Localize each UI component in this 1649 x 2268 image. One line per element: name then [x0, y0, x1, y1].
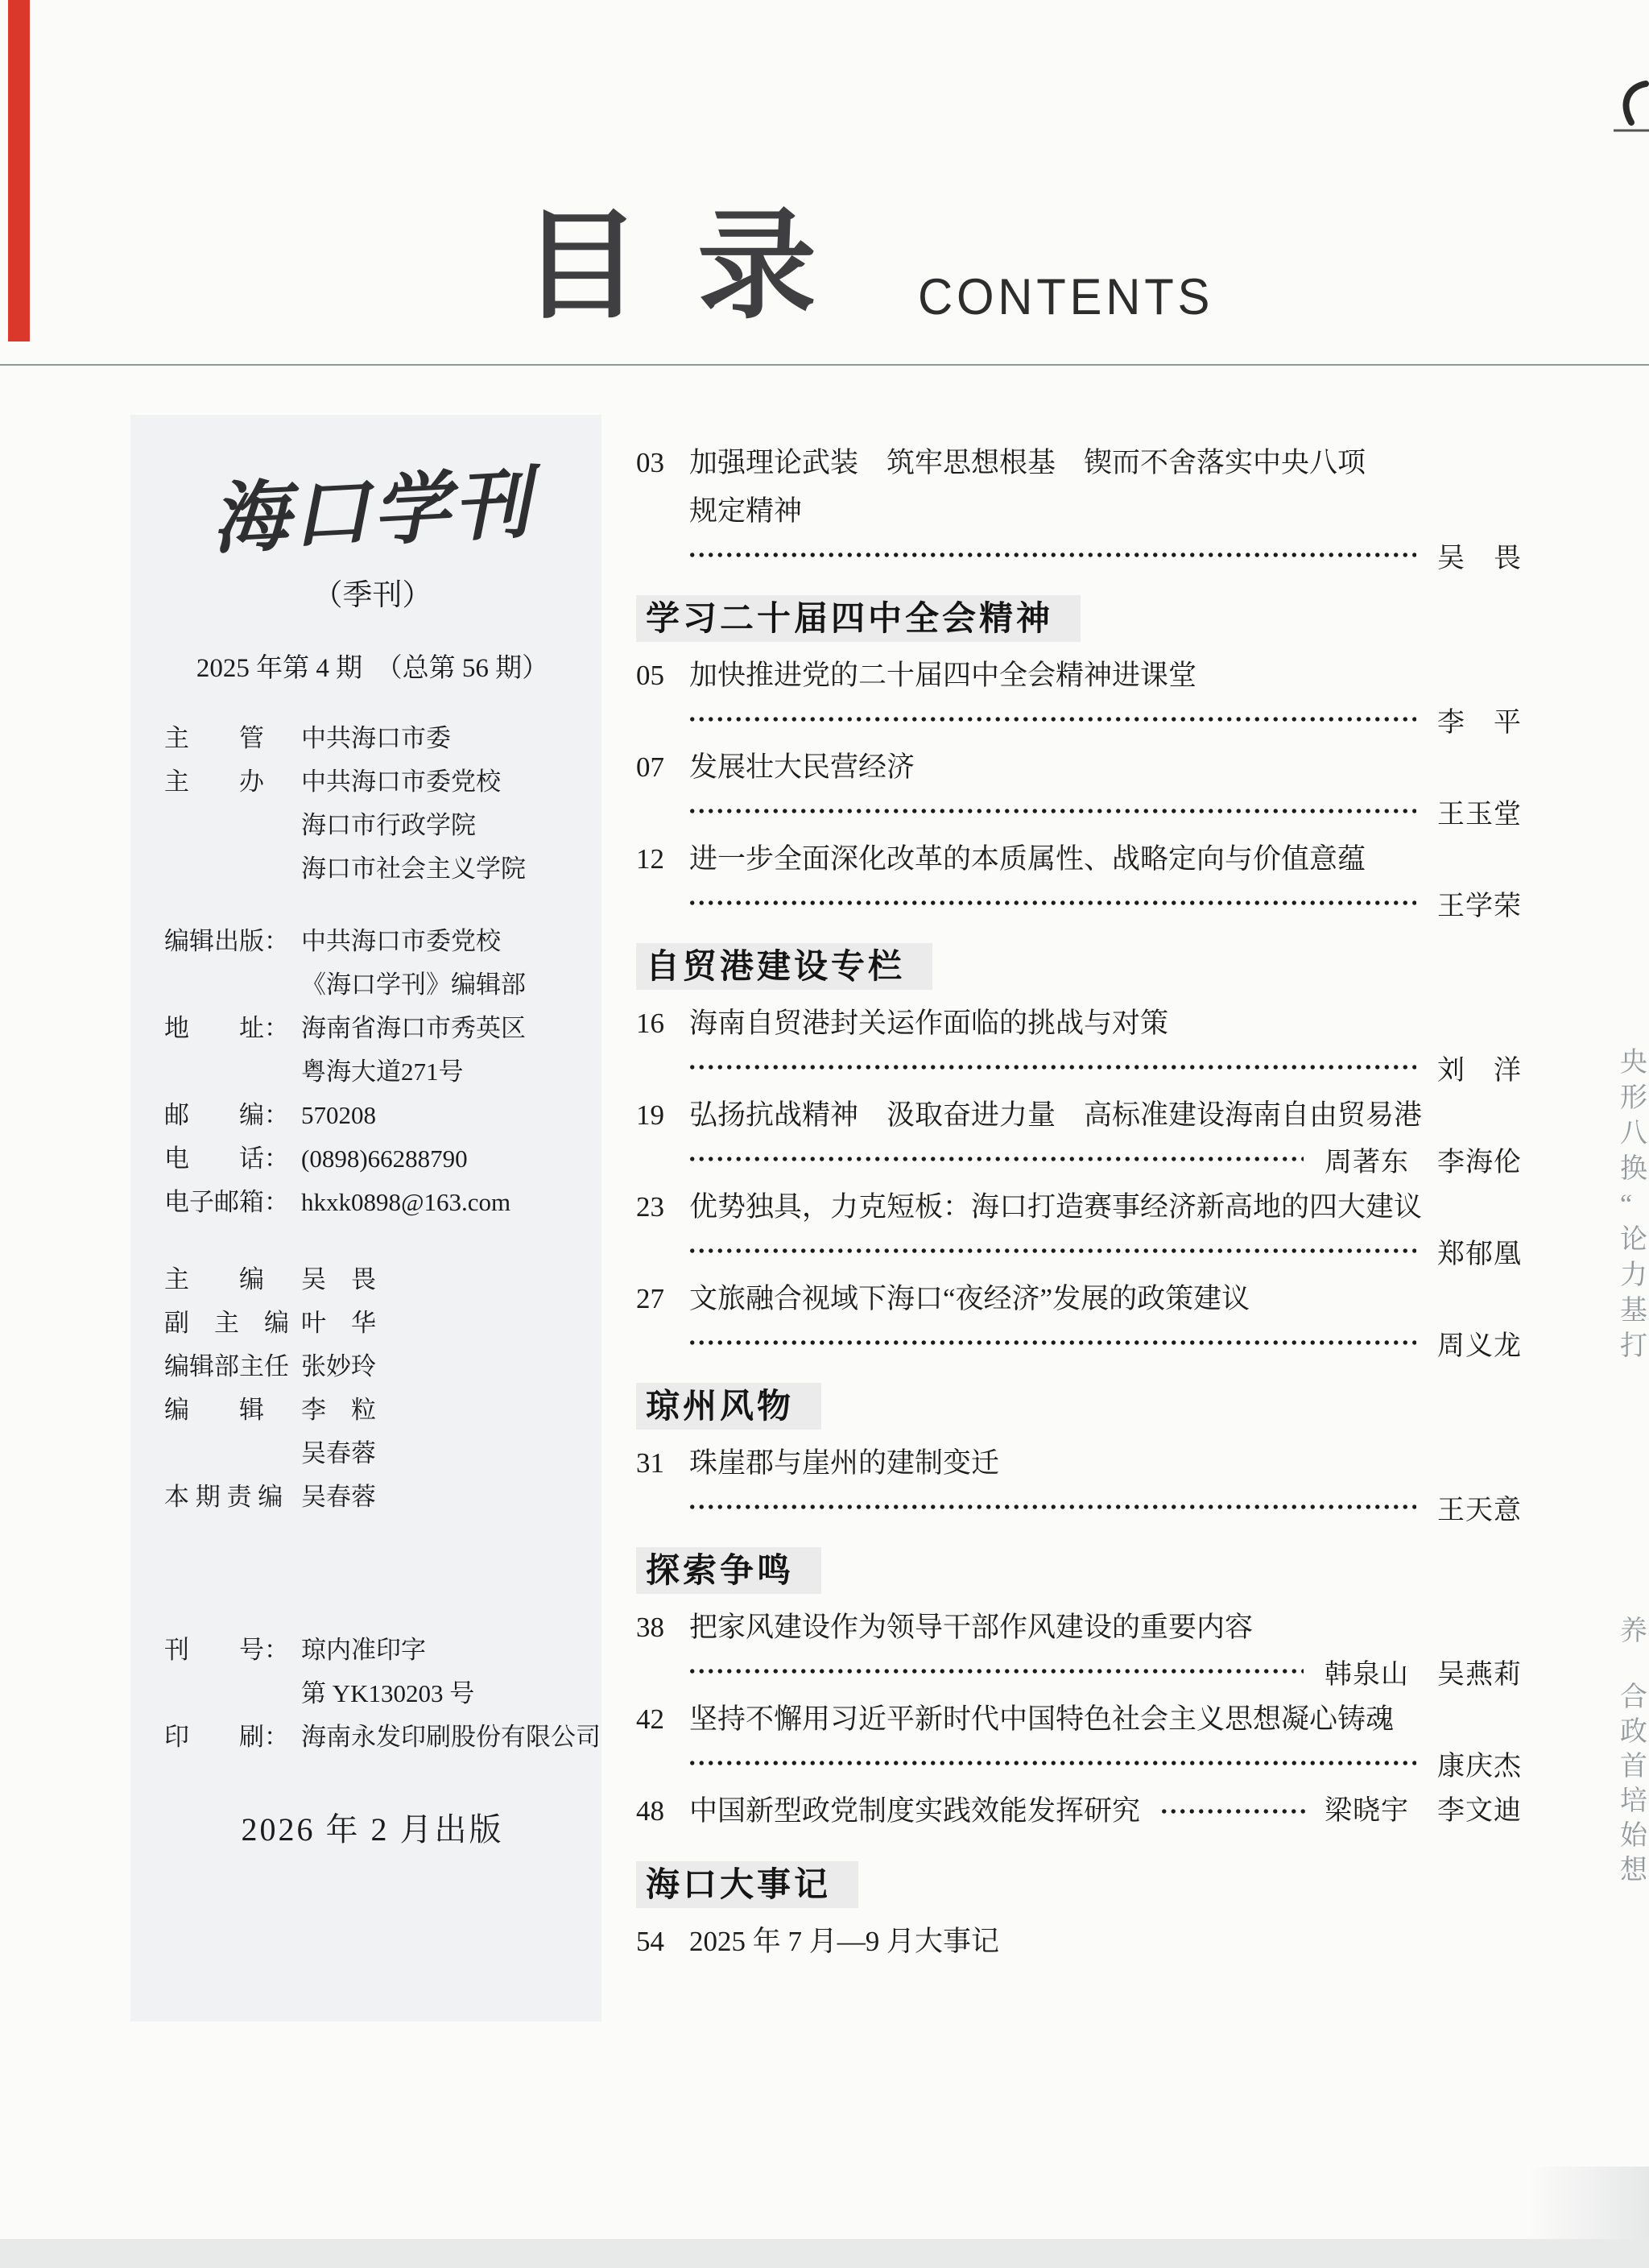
edge-bleed-char: 养	[1620, 1614, 1649, 1649]
dotted-leader	[688, 1154, 1304, 1164]
edge-bleed-char: 培	[1620, 1784, 1649, 1819]
toc-leader-row: 康庆杰	[688, 1749, 1522, 1778]
toc-entry: 16海南自贸港封关运作面临的挑战与对策刘 洋	[636, 999, 1522, 1082]
toc-column: 03加强理论武装 筑牢思想根基 锲而不舍落实中央八项规定精神吴 畏学习二十届四中…	[636, 439, 1522, 1966]
toc-entry-title: 海南自贸港封关运作面临的挑战与对策	[689, 1008, 1168, 1039]
toc-leader-row: 王学荣	[688, 888, 1522, 917]
edge-bleed-char: 合	[1620, 1680, 1649, 1715]
toc-entry-authors: 韩泉山 吴燕莉	[1325, 1652, 1522, 1691]
edge-bleed-char: 始	[1620, 1819, 1649, 1853]
info-label	[164, 1050, 301, 1094]
dotted-leader	[688, 550, 1416, 560]
section-header: 琼州风物	[636, 1383, 821, 1430]
toc-page-number: 31	[636, 1439, 689, 1488]
info-label: 印 刷：	[164, 1715, 301, 1759]
toc-entry-authors: 梁晓宇 李文迪	[1325, 1787, 1522, 1836]
section-header: 海口大事记	[636, 1861, 858, 1908]
toc-entry-line: 48中国新型政党制度实践效能发挥研究梁晓宇 李文迪	[636, 1787, 1522, 1836]
toc-entry-title: 发展壮大民营经济	[689, 751, 915, 783]
journal-publication-date: 2026 年 2 月出版	[164, 1806, 581, 1854]
section-header: 自贸港建设专栏	[636, 943, 932, 990]
toc-entry-line: 31珠崖郡与崖州的建制变迁	[636, 1439, 1522, 1488]
info-value: 中共海口市委党校	[301, 760, 581, 804]
info-label	[164, 1672, 301, 1715]
info-value: 粤海大道271号	[301, 1050, 581, 1094]
toc-leader-row: 刘 洋	[688, 1053, 1522, 1082]
toc-entry-title: 2025 年 7 月—9 月大事记	[689, 1926, 999, 1957]
toc-page-number: 23	[636, 1183, 689, 1231]
journal-info-row: 吴春蓉	[164, 1432, 581, 1475]
toc-leader-row: 王天意	[688, 1492, 1522, 1521]
dotted-leader	[688, 1666, 1304, 1676]
info-label: 编 辑	[164, 1389, 301, 1432]
section-header: 探索争鸣	[636, 1547, 821, 1594]
journal-info-group: 编辑出版：中共海口市委党校《海口学刊》编辑部地 址：海南省海口市秀英区粤海大道2…	[164, 920, 581, 1224]
info-label: 编辑部主任	[164, 1345, 301, 1389]
toc-leader-row: 吴 畏	[688, 540, 1522, 569]
right-page-edge-bleed-text-mid: 养	[1620, 1614, 1649, 1649]
info-value: 吴 畏	[301, 1258, 581, 1302]
journal-issue-line: 2025 年第 4 期 （总第 56 期）	[164, 649, 581, 688]
toc-entry-title: 珠崖郡与崖州的建制变迁	[689, 1447, 999, 1479]
toc-entry-title: 坚持不懈用习近平新时代中国特色社会主义思想凝心铸魂	[689, 1703, 1394, 1735]
journal-info-row: 本 期 责 编吴春蓉	[164, 1475, 581, 1519]
toc-entry-title: 进一步全面深化改革的本质属性、战略定向与价值意蕴	[689, 843, 1366, 875]
journal-info-row: 邮 编：570208	[164, 1094, 581, 1137]
toc-entry: 05加快推进党的二十届四中全会精神进课堂李 平	[636, 652, 1522, 734]
dotted-leader	[688, 1062, 1416, 1072]
journal-info-row: 主 管中共海口市委	[164, 717, 581, 760]
section-header: 学习二十届四中全会精神	[636, 595, 1081, 642]
masthead: 目 录 CONTENTS	[522, 206, 1230, 327]
edge-bleed-char: 力	[1620, 1258, 1649, 1293]
dotted-leader	[688, 1502, 1416, 1512]
toc-leader-row: 李 平	[688, 705, 1522, 734]
section-header-row: 学习二十届四中全会精神	[636, 595, 1522, 642]
journal-info-row: 主 办中共海口市委党校	[164, 760, 581, 804]
journal-info-row: 地 址：海南省海口市秀英区	[164, 1007, 581, 1050]
dotted-leader	[688, 1758, 1416, 1768]
info-value: 叶 华	[301, 1302, 581, 1345]
toc-entry-line: 16海南自贸港封关运作面临的挑战与对策	[636, 999, 1522, 1048]
journal-info-groups: 主 管中共海口市委主 办中共海口市委党校海口市行政学院海口市社会主义学院编辑出版…	[164, 717, 581, 1759]
edge-bleed-char: 打	[1620, 1329, 1649, 1364]
toc-entry-title: 规定精神	[689, 495, 802, 527]
right-page-edge-bleed-text-lower: 合政首培始想	[1620, 1680, 1649, 1888]
journal-info-group: 刊 号：琼内准印字第 YK130203 号印 刷：海南永发印刷股份有限公司	[164, 1629, 581, 1759]
edge-bleed-char: 换	[1620, 1152, 1649, 1187]
info-value: (0898)66288790	[301, 1137, 581, 1181]
toc-entry: 03加强理论武装 筑牢思想根基 锲而不舍落实中央八项规定精神吴 畏	[636, 439, 1522, 569]
journal-info-row: 编 辑李 粒	[164, 1389, 581, 1432]
info-value: 吴春蓉	[301, 1475, 581, 1519]
cover-edge-red-strip	[8, 0, 30, 341]
toc-entry-authors: 刘 洋	[1437, 1048, 1522, 1087]
toc-entry: 31珠崖郡与崖州的建制变迁王天意	[636, 1439, 1522, 1521]
toc-entry-authors: 康庆杰	[1437, 1744, 1522, 1783]
toc-entry: 42坚持不懈用习近平新时代中国特色社会主义思想凝心铸魂康庆杰	[636, 1695, 1522, 1778]
toc-title-char-1: 目	[522, 206, 641, 327]
toc-page-number: 16	[636, 999, 689, 1048]
dotted-leader	[688, 806, 1416, 816]
info-value: hkxk0898@163.com	[301, 1181, 581, 1224]
info-value: 第 YK130203 号	[301, 1672, 581, 1715]
toc-entry-title: 弘扬抗战精神 汲取奋进力量 高标准建设海南自由贸易港	[689, 1099, 1422, 1131]
journal-info-row: 副 主 编叶 华	[164, 1302, 581, 1345]
toc-entry-authors: 周著东 李海伦	[1325, 1140, 1522, 1179]
toc-page-number: 19	[636, 1091, 689, 1140]
toc-page-number: 05	[636, 652, 689, 700]
edge-bleed-char: 首	[1620, 1749, 1649, 1784]
toc-page-number: 07	[636, 743, 689, 792]
toc-page-number: 03	[636, 439, 689, 487]
info-label: 刊 号：	[164, 1629, 301, 1672]
toc-entry: 542025 年 7 月—9 月大事记	[636, 1918, 1522, 1966]
toc-entry-title: 加强理论武装 筑牢思想根基 锲而不舍落实中央八项	[689, 447, 1366, 478]
info-value: 570208	[301, 1094, 581, 1137]
info-label: 副 主 编	[164, 1302, 301, 1345]
masthead-divider-rule	[0, 364, 1649, 366]
info-label	[164, 804, 301, 847]
journal-info-row: 《海口学刊》编辑部	[164, 963, 581, 1007]
section-header-row: 自贸港建设专栏	[636, 943, 1522, 990]
info-value: 中共海口市委党校	[301, 920, 581, 963]
info-label: 电 话：	[164, 1137, 301, 1181]
journal-frequency: （季刊）	[164, 577, 581, 615]
journal-info-row: 印 刷：海南永发印刷股份有限公司	[164, 1715, 581, 1759]
toc-entry: 38把家风建设作为领导干部作风建设的重要内容韩泉山 吴燕莉	[636, 1604, 1522, 1686]
toc-entry-title: 把家风建设作为领导干部作风建设的重要内容	[689, 1612, 1253, 1643]
journal-info-group: 主 管中共海口市委主 办中共海口市委党校海口市行政学院海口市社会主义学院	[164, 717, 581, 891]
toc-entry-authors: 吴 畏	[1437, 536, 1522, 575]
toc-entry-title: 中国新型政党制度实践效能发挥研究	[689, 1787, 1140, 1836]
toc-page-number: 27	[636, 1275, 689, 1323]
dotted-leader	[1159, 1807, 1305, 1816]
toc-leader-row: 王玉堂	[688, 797, 1522, 826]
dotted-leader	[688, 1246, 1416, 1256]
toc-page-number: 48	[636, 1787, 689, 1836]
toc-entry-authors: 周义龙	[1437, 1323, 1522, 1363]
toc-entry-line: 07发展壮大民营经济	[636, 743, 1522, 792]
section-header-row: 探索争鸣	[636, 1547, 1522, 1594]
info-value: 中共海口市委	[301, 717, 581, 760]
edge-bleed-char: 政	[1620, 1715, 1649, 1749]
toc-entry-line: 12进一步全面深化改革的本质属性、战略定向与价值意蕴	[636, 835, 1522, 884]
toc-entry: 07发展壮大民营经济王玉堂	[636, 743, 1522, 826]
toc-entry-line: 42坚持不懈用习近平新时代中国特色社会主义思想凝心铸魂	[636, 1695, 1522, 1744]
toc-entry-line: 19弘扬抗战精神 汲取奋进力量 高标准建设海南自由贸易港	[636, 1091, 1522, 1140]
section-header-row: 海口大事记	[636, 1861, 1522, 1908]
toc-entry: 48中国新型政党制度实践效能发挥研究梁晓宇 李文迪	[636, 1787, 1522, 1836]
edge-bleed-char: 论	[1620, 1223, 1649, 1258]
info-label: 主 办	[164, 760, 301, 804]
info-label	[164, 963, 301, 1007]
toc-entry-authors: 李 平	[1437, 700, 1522, 739]
journal-info-row: 电子邮箱：hkxk0898@163.com	[164, 1181, 581, 1224]
toc-entry-line: 03加强理论武装 筑牢思想根基 锲而不舍落实中央八项	[636, 439, 1522, 487]
toc-page-number: 38	[636, 1604, 689, 1652]
info-value: 海口市行政学院	[301, 804, 581, 847]
info-label	[164, 1432, 301, 1475]
page-corner-calligraphy-mark	[1610, 79, 1649, 137]
journal-info-panel: 海口学刊 （季刊） 2025 年第 4 期 （总第 56 期） 主 管中共海口市…	[130, 415, 601, 2022]
section-header-row: 琼州风物	[636, 1383, 1522, 1430]
toc-entry: 27文旅融合视域下海口“夜经济”发展的政策建议周义龙	[636, 1275, 1522, 1357]
dotted-leader	[688, 1338, 1416, 1347]
toc-leader-row: 周著东 李海伦	[688, 1144, 1522, 1173]
info-value: 琼内准印字	[301, 1629, 581, 1672]
toc-leader-row: 周义龙	[688, 1328, 1522, 1357]
toc-entry: 23优势独具，力克短板：海口打造赛事经济新高地的四大建议郑郁凰	[636, 1183, 1522, 1265]
toc-entry-title: 文旅融合视域下海口“夜经济”发展的政策建议	[689, 1283, 1250, 1314]
info-value: 海南永发印刷股份有限公司	[301, 1715, 601, 1759]
journal-info-row: 编辑部主任张妙玲	[164, 1345, 581, 1389]
journal-info-row: 主 编吴 畏	[164, 1258, 581, 1302]
edge-bleed-char: 八	[1620, 1116, 1649, 1152]
info-value: 张妙玲	[301, 1345, 581, 1389]
toc-page-number: 54	[636, 1918, 689, 1966]
toc-entry-authors: 王玉堂	[1437, 792, 1522, 831]
toc-entry-authors: 王天意	[1437, 1488, 1522, 1527]
toc-page-number: 12	[636, 835, 689, 884]
edge-bleed-char: 基	[1620, 1293, 1649, 1329]
journal-logo-calligraphy: 海口学刊	[162, 449, 583, 577]
info-label: 主 编	[164, 1258, 301, 1302]
info-value: 海南省海口市秀英区	[301, 1007, 581, 1050]
toc-entry-authors: 王学荣	[1437, 884, 1522, 923]
toc-leader-row: 郑郁凰	[688, 1236, 1522, 1265]
toc-entry-line: 38把家风建设作为领导干部作风建设的重要内容	[636, 1604, 1522, 1652]
info-value: 李 粒	[301, 1389, 581, 1432]
info-label: 主 管	[164, 717, 301, 760]
scan-bottom-band	[0, 2239, 1649, 2268]
toc-page-number: 42	[636, 1695, 689, 1744]
info-label: 本 期 责 编	[164, 1475, 301, 1519]
dotted-leader	[688, 714, 1416, 724]
toc-leader-row: 韩泉山 吴燕莉	[688, 1657, 1522, 1686]
journal-info-group: 主 编吴 畏副 主 编叶 华编辑部主任张妙玲编 辑李 粒吴春蓉本 期 责 编吴春…	[164, 1258, 581, 1519]
toc-entry-line: 23优势独具，力克短板：海口打造赛事经济新高地的四大建议	[636, 1183, 1522, 1231]
toc-entry-line: 05加快推进党的二十届四中全会精神进课堂	[636, 652, 1522, 700]
journal-info-row: 海口市行政学院	[164, 804, 581, 847]
toc-entry-line: 规定精神	[689, 487, 1522, 536]
info-value: 吴春蓉	[301, 1432, 581, 1475]
info-value: 海口市社会主义学院	[301, 847, 581, 891]
journal-info-row: 粤海大道271号	[164, 1050, 581, 1094]
info-label: 邮 编：	[164, 1094, 301, 1137]
toc-entry: 12进一步全面深化改革的本质属性、战略定向与价值意蕴王学荣	[636, 835, 1522, 917]
toc-entry-title: 优势独具，力克短板：海口打造赛事经济新高地的四大建议	[689, 1191, 1422, 1223]
info-label: 电子邮箱：	[164, 1181, 301, 1224]
toc-entry: 19弘扬抗战精神 汲取奋进力量 高标准建设海南自由贸易港周著东 李海伦	[636, 1091, 1522, 1173]
toc-title-english: CONTENTS	[918, 271, 1213, 327]
edge-bleed-char: 想	[1620, 1853, 1649, 1888]
edge-bleed-char: “	[1620, 1187, 1649, 1223]
journal-info-row: 第 YK130203 号	[164, 1672, 581, 1715]
edge-bleed-char: 央	[1620, 1045, 1649, 1081]
toc-entry-authors: 郑郁凰	[1437, 1231, 1522, 1271]
info-label: 编辑出版：	[164, 920, 301, 963]
journal-info-row: 电 话：(0898)66288790	[164, 1137, 581, 1181]
right-page-edge-bleed-text-upper: 央形八换“论力基打	[1620, 1045, 1649, 1364]
toc-title-char-2: 录	[697, 206, 816, 327]
journal-info-row: 海口市社会主义学院	[164, 847, 581, 891]
info-value: 《海口学刊》编辑部	[301, 963, 581, 1007]
info-label	[164, 847, 301, 891]
toc-entry-title: 加快推进党的二十届四中全会精神进课堂	[689, 660, 1196, 691]
edge-bleed-char: 形	[1620, 1081, 1649, 1116]
journal-info-row: 编辑出版：中共海口市委党校	[164, 920, 581, 963]
info-label: 地 址：	[164, 1007, 301, 1050]
toc-entry-line: 27文旅融合视域下海口“夜经济”发展的政策建议	[636, 1275, 1522, 1323]
toc-entry-line: 542025 年 7 月—9 月大事记	[636, 1918, 1522, 1966]
journal-info-row: 刊 号：琼内准印字	[164, 1629, 581, 1672]
dotted-leader	[688, 898, 1416, 908]
